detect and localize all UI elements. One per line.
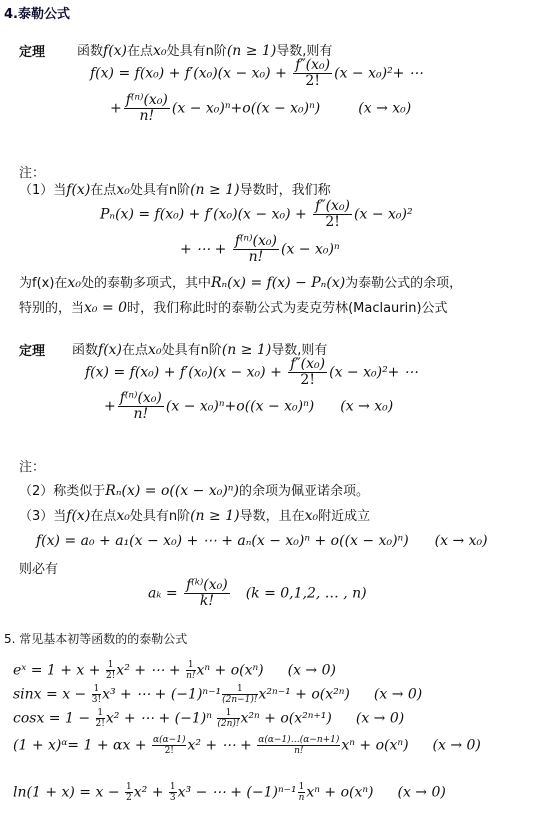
numerator: 1 <box>92 684 101 695</box>
math: f(x) = a₀ + a₁(x − x₀) + ⋯ + aₙ(x − x₀)ⁿ… <box>36 533 409 549</box>
text: 在点 <box>122 343 148 358</box>
fraction: 1(2n)! <box>217 708 239 729</box>
text: 在点 <box>90 509 116 524</box>
denominator: 2! <box>152 746 186 756</box>
math: x² + <box>134 785 168 801</box>
theorem-2-formula-line1: f(x) = f(x₀) + f′(x₀)(x − x₀) + f″(x₀)2!… <box>85 357 418 388</box>
math: + ⋯ + <box>180 242 231 258</box>
math: x₀ <box>116 508 130 524</box>
fraction: f⁽ᵏ⁾(x₀)k! <box>184 578 230 609</box>
text: 处具有n阶 <box>167 44 227 59</box>
text: 处具有n阶 <box>162 343 222 358</box>
math: (x → 0) <box>288 663 336 679</box>
math: (1 + x)ᵅ= 1 + αx + <box>13 738 151 754</box>
series-expansion: f(x) = a₀ + a₁(x − x₀) + ⋯ + aₙ(x − x₀)ⁿ… <box>36 533 488 549</box>
math: x₀ = 0 <box>84 300 127 316</box>
math: ln(1 + x) = x − <box>13 785 124 801</box>
math: (n ≥ 1) <box>227 43 276 59</box>
numerator: α(α−1)…(α−n+1) <box>257 735 340 746</box>
fraction: α(α−1)2! <box>152 735 186 756</box>
denominator: n! <box>257 746 340 756</box>
fraction: 1(2n−1)! <box>222 684 257 705</box>
note-2-label: 注： <box>19 456 45 475</box>
numerator: f⁽ⁿ⁾(x₀) <box>233 234 279 250</box>
denominator: (2n−1)! <box>222 695 257 705</box>
note-1-item-1: （1）当f(x)在点x₀处具有n阶(n ≥ 1)导数时，我们称 <box>19 179 331 198</box>
denominator: 2! <box>293 74 332 89</box>
then-label: 则必有 <box>19 558 58 577</box>
math: xⁿ + o(xⁿ) <box>341 738 408 754</box>
math: (x − x₀)²+ ⋯ <box>329 365 418 381</box>
math: x²ⁿ⁻¹ + o(x²ⁿ) <box>259 687 350 703</box>
fraction: f″(x₀)2! <box>288 357 327 388</box>
math: x² + ⋯ + <box>116 663 185 679</box>
note-1-description-1: 为f(x)在x₀处的泰勒多项式，其中Rₙ(x) = f(x) − Pₙ(x)为泰… <box>19 272 462 291</box>
math: Pₙ(x) = f(x₀) + f′(x₀)(x − x₀) + <box>100 207 311 223</box>
theorem-1-label: 定理 <box>19 41 45 60</box>
taylor-polynomial-line2: + ⋯ + f⁽ⁿ⁾(x₀)n!(x − x₀)ⁿ <box>180 234 340 265</box>
math: f(x) = f(x₀) + f′(x₀)(x − x₀) + <box>90 66 291 82</box>
math: Rₙ(x) = f(x) − Pₙ(x) <box>211 275 345 291</box>
text: 在点 <box>90 183 116 198</box>
math: (x → x₀) <box>435 533 488 549</box>
math: x³ + ⋯ + (−1)ⁿ⁻¹ <box>102 687 221 703</box>
math: cosx = 1 − <box>13 711 95 727</box>
math: eˣ = 1 + x + <box>13 663 105 679</box>
denominator: 2 <box>125 793 133 803</box>
denominator: n! <box>124 109 170 124</box>
text: 在点 <box>127 44 153 59</box>
numerator: α(α−1) <box>152 735 186 746</box>
text: 特别的，当 <box>19 301 84 316</box>
math: x²ⁿ + o(x²ⁿ⁺¹) <box>241 711 332 727</box>
fraction: f⁽ⁿ⁾(x₀)n! <box>233 234 279 265</box>
math: (x − x₀)²+ ⋯ <box>334 66 423 82</box>
math: (x → x₀) <box>358 101 411 117</box>
math: (x → x₀) <box>340 399 393 415</box>
math: (x → 0) <box>356 711 404 727</box>
denominator: 2! <box>313 215 352 230</box>
denominator: 3 <box>169 793 177 803</box>
math: (x → 0) <box>398 785 446 801</box>
math: (n ≥ 1) <box>190 508 239 524</box>
math: f(x) <box>66 508 90 524</box>
denominator: n! <box>233 250 279 265</box>
math: + <box>104 399 116 415</box>
formula-sin: sinx = x − 13!x³ + ⋯ + (−1)ⁿ⁻¹1(2n−1)!x²… <box>13 684 422 705</box>
formula-binomial: (1 + x)ᵅ= 1 + αx + α(α−1)2!x² + ⋯ + α(α−… <box>13 735 481 756</box>
note-2-item-3: （3）当f(x)在点x₀处具有n阶(n ≥ 1)导数，且在x₀附近成立 <box>19 505 370 524</box>
math: xⁿ + o(xⁿ) <box>197 663 264 679</box>
numerator: 1 <box>186 660 195 671</box>
fraction: f″(x₀)2! <box>293 58 332 89</box>
text: 处具有n阶 <box>130 183 190 198</box>
theorem-1-formula-line1: f(x) = f(x₀) + f′(x₀)(x − x₀) + f″(x₀)2!… <box>90 58 423 89</box>
math: (x → 0) <box>374 687 422 703</box>
numerator: 1 <box>298 782 306 793</box>
math: x² + ⋯ + (−1)ⁿ <box>106 711 216 727</box>
text: 为泰勒公式的余项， <box>345 276 462 291</box>
math: (x − x₀)² <box>354 207 413 223</box>
numerator: 1 <box>169 782 177 793</box>
numerator: f⁽ⁿ⁾(x₀) <box>118 391 164 407</box>
math: f(x) = f(x₀) + f′(x₀)(x − x₀) + <box>85 365 286 381</box>
text: 导数时，我们称 <box>240 183 331 198</box>
math: (n ≥ 1) <box>190 182 239 198</box>
math: x₀ <box>148 342 162 358</box>
coefficient-formula: aₖ = f⁽ᵏ⁾(x₀)k!(k = 0,1,2, … , n) <box>148 578 367 609</box>
text: （1）当 <box>19 183 66 198</box>
fraction: 13! <box>92 684 101 705</box>
numerator: 1 <box>217 708 239 719</box>
text: 时，我们称此时的泰勒公式为麦克劳林(Maclaurin)公式 <box>127 301 448 316</box>
fraction: f″(x₀)2! <box>313 199 352 230</box>
section-4-title: 4.泰勒公式 <box>4 3 70 22</box>
text: 为f(x)在 <box>19 276 67 291</box>
math: (x − x₀)ⁿ+o((x − x₀)ⁿ) <box>172 101 320 117</box>
math: x₀ <box>67 275 81 291</box>
numerator: 1 <box>106 660 115 671</box>
math: x³ − ⋯ + (−1)ⁿ⁻¹ <box>178 785 297 801</box>
note-1-description-2: 特别的，当x₀ = 0时，我们称此时的泰勒公式为麦克劳林(Maclaurin)公… <box>19 297 448 316</box>
denominator: 2! <box>96 719 105 729</box>
numerator: f″(x₀) <box>288 357 327 373</box>
math: x² + ⋯ + <box>187 738 256 754</box>
fraction: 13 <box>169 782 177 803</box>
numerator: 1 <box>222 684 257 695</box>
math: x₀ <box>153 43 167 59</box>
section-5-title: 5. 常见基本初等函数的的泰勒公式 <box>4 630 187 647</box>
text: 处的泰勒多项式，其中 <box>81 276 211 291</box>
theorem-2-formula-line2: +f⁽ⁿ⁾(x₀)n!(x − x₀)ⁿ+o((x − x₀)ⁿ)(x → x₀… <box>104 391 393 422</box>
math: + <box>110 101 122 117</box>
taylor-polynomial-line1: Pₙ(x) = f(x₀) + f′(x₀)(x − x₀) + f″(x₀)2… <box>100 199 413 230</box>
denominator: 2! <box>288 373 327 388</box>
fraction: 12! <box>96 708 105 729</box>
formula-ln: ln(1 + x) = x − 12x² + 13x³ − ⋯ + (−1)ⁿ⁻… <box>13 782 446 803</box>
note-2-item-2: （2）称类似于Rₙ(x) = o((x − x₀)ⁿ)的余项为佩亚诺余项。 <box>19 480 369 499</box>
math: x₀ <box>116 182 130 198</box>
numerator: f⁽ᵏ⁾(x₀) <box>184 578 230 594</box>
math: xⁿ + o(xⁿ) <box>306 785 373 801</box>
text: 附近成立 <box>318 509 370 524</box>
denominator: n! <box>186 671 195 681</box>
math: (x → 0) <box>433 738 481 754</box>
fraction: f⁽ⁿ⁾(x₀)n! <box>118 391 164 422</box>
numerator: f″(x₀) <box>293 58 332 74</box>
numerator: 1 <box>96 708 105 719</box>
text: （2）称类似于 <box>19 484 105 499</box>
text: 处具有n阶 <box>130 509 190 524</box>
math: f(x) <box>98 342 122 358</box>
math: (n ≥ 1) <box>222 342 271 358</box>
denominator: (2n)! <box>217 719 239 729</box>
fraction: α(α−1)…(α−n+1)n! <box>257 735 340 756</box>
text: 函数 <box>77 44 103 59</box>
numerator: f″(x₀) <box>313 199 352 215</box>
text: 导数，且在 <box>240 509 305 524</box>
math: sinx = x − <box>13 687 91 703</box>
theorem-1-formula-line2: +f⁽ⁿ⁾(x₀)n!(x − x₀)ⁿ+o((x − x₀)ⁿ)(x → x₀… <box>110 93 411 124</box>
denominator: n <box>298 793 306 803</box>
fraction: 12 <box>125 782 133 803</box>
text: （3）当 <box>19 509 66 524</box>
math: (x − x₀)ⁿ <box>281 242 340 258</box>
denominator: 3! <box>92 695 101 705</box>
fraction: f⁽ⁿ⁾(x₀)n! <box>124 93 170 124</box>
math: Rₙ(x) = o((x − x₀)ⁿ) <box>105 483 239 499</box>
numerator: 1 <box>125 782 133 793</box>
denominator: k! <box>184 594 230 609</box>
text: 的余项为佩亚诺余项。 <box>239 484 369 499</box>
denominator: n! <box>118 407 164 422</box>
text: 函数 <box>72 343 98 358</box>
numerator: f⁽ⁿ⁾(x₀) <box>124 93 170 109</box>
math: (x − x₀)ⁿ+o((x − x₀)ⁿ) <box>166 399 314 415</box>
denominator: 2! <box>106 671 115 681</box>
fraction: 12! <box>106 660 115 681</box>
math: f(x) <box>66 182 90 198</box>
fraction: 1n <box>298 782 306 803</box>
formula-exp: eˣ = 1 + x + 12!x² + ⋯ + 1n!xⁿ + o(xⁿ)(x… <box>13 660 336 681</box>
theorem-2-label: 定理 <box>19 340 45 359</box>
math: f(x) <box>103 43 127 59</box>
fraction: 1n! <box>186 660 195 681</box>
math: (k = 0,1,2, … , n) <box>246 586 367 602</box>
math: aₖ = <box>148 586 182 602</box>
formula-cos: cosx = 1 − 12!x² + ⋯ + (−1)ⁿ 1(2n)!x²ⁿ +… <box>13 708 404 729</box>
math: x₀ <box>305 508 319 524</box>
